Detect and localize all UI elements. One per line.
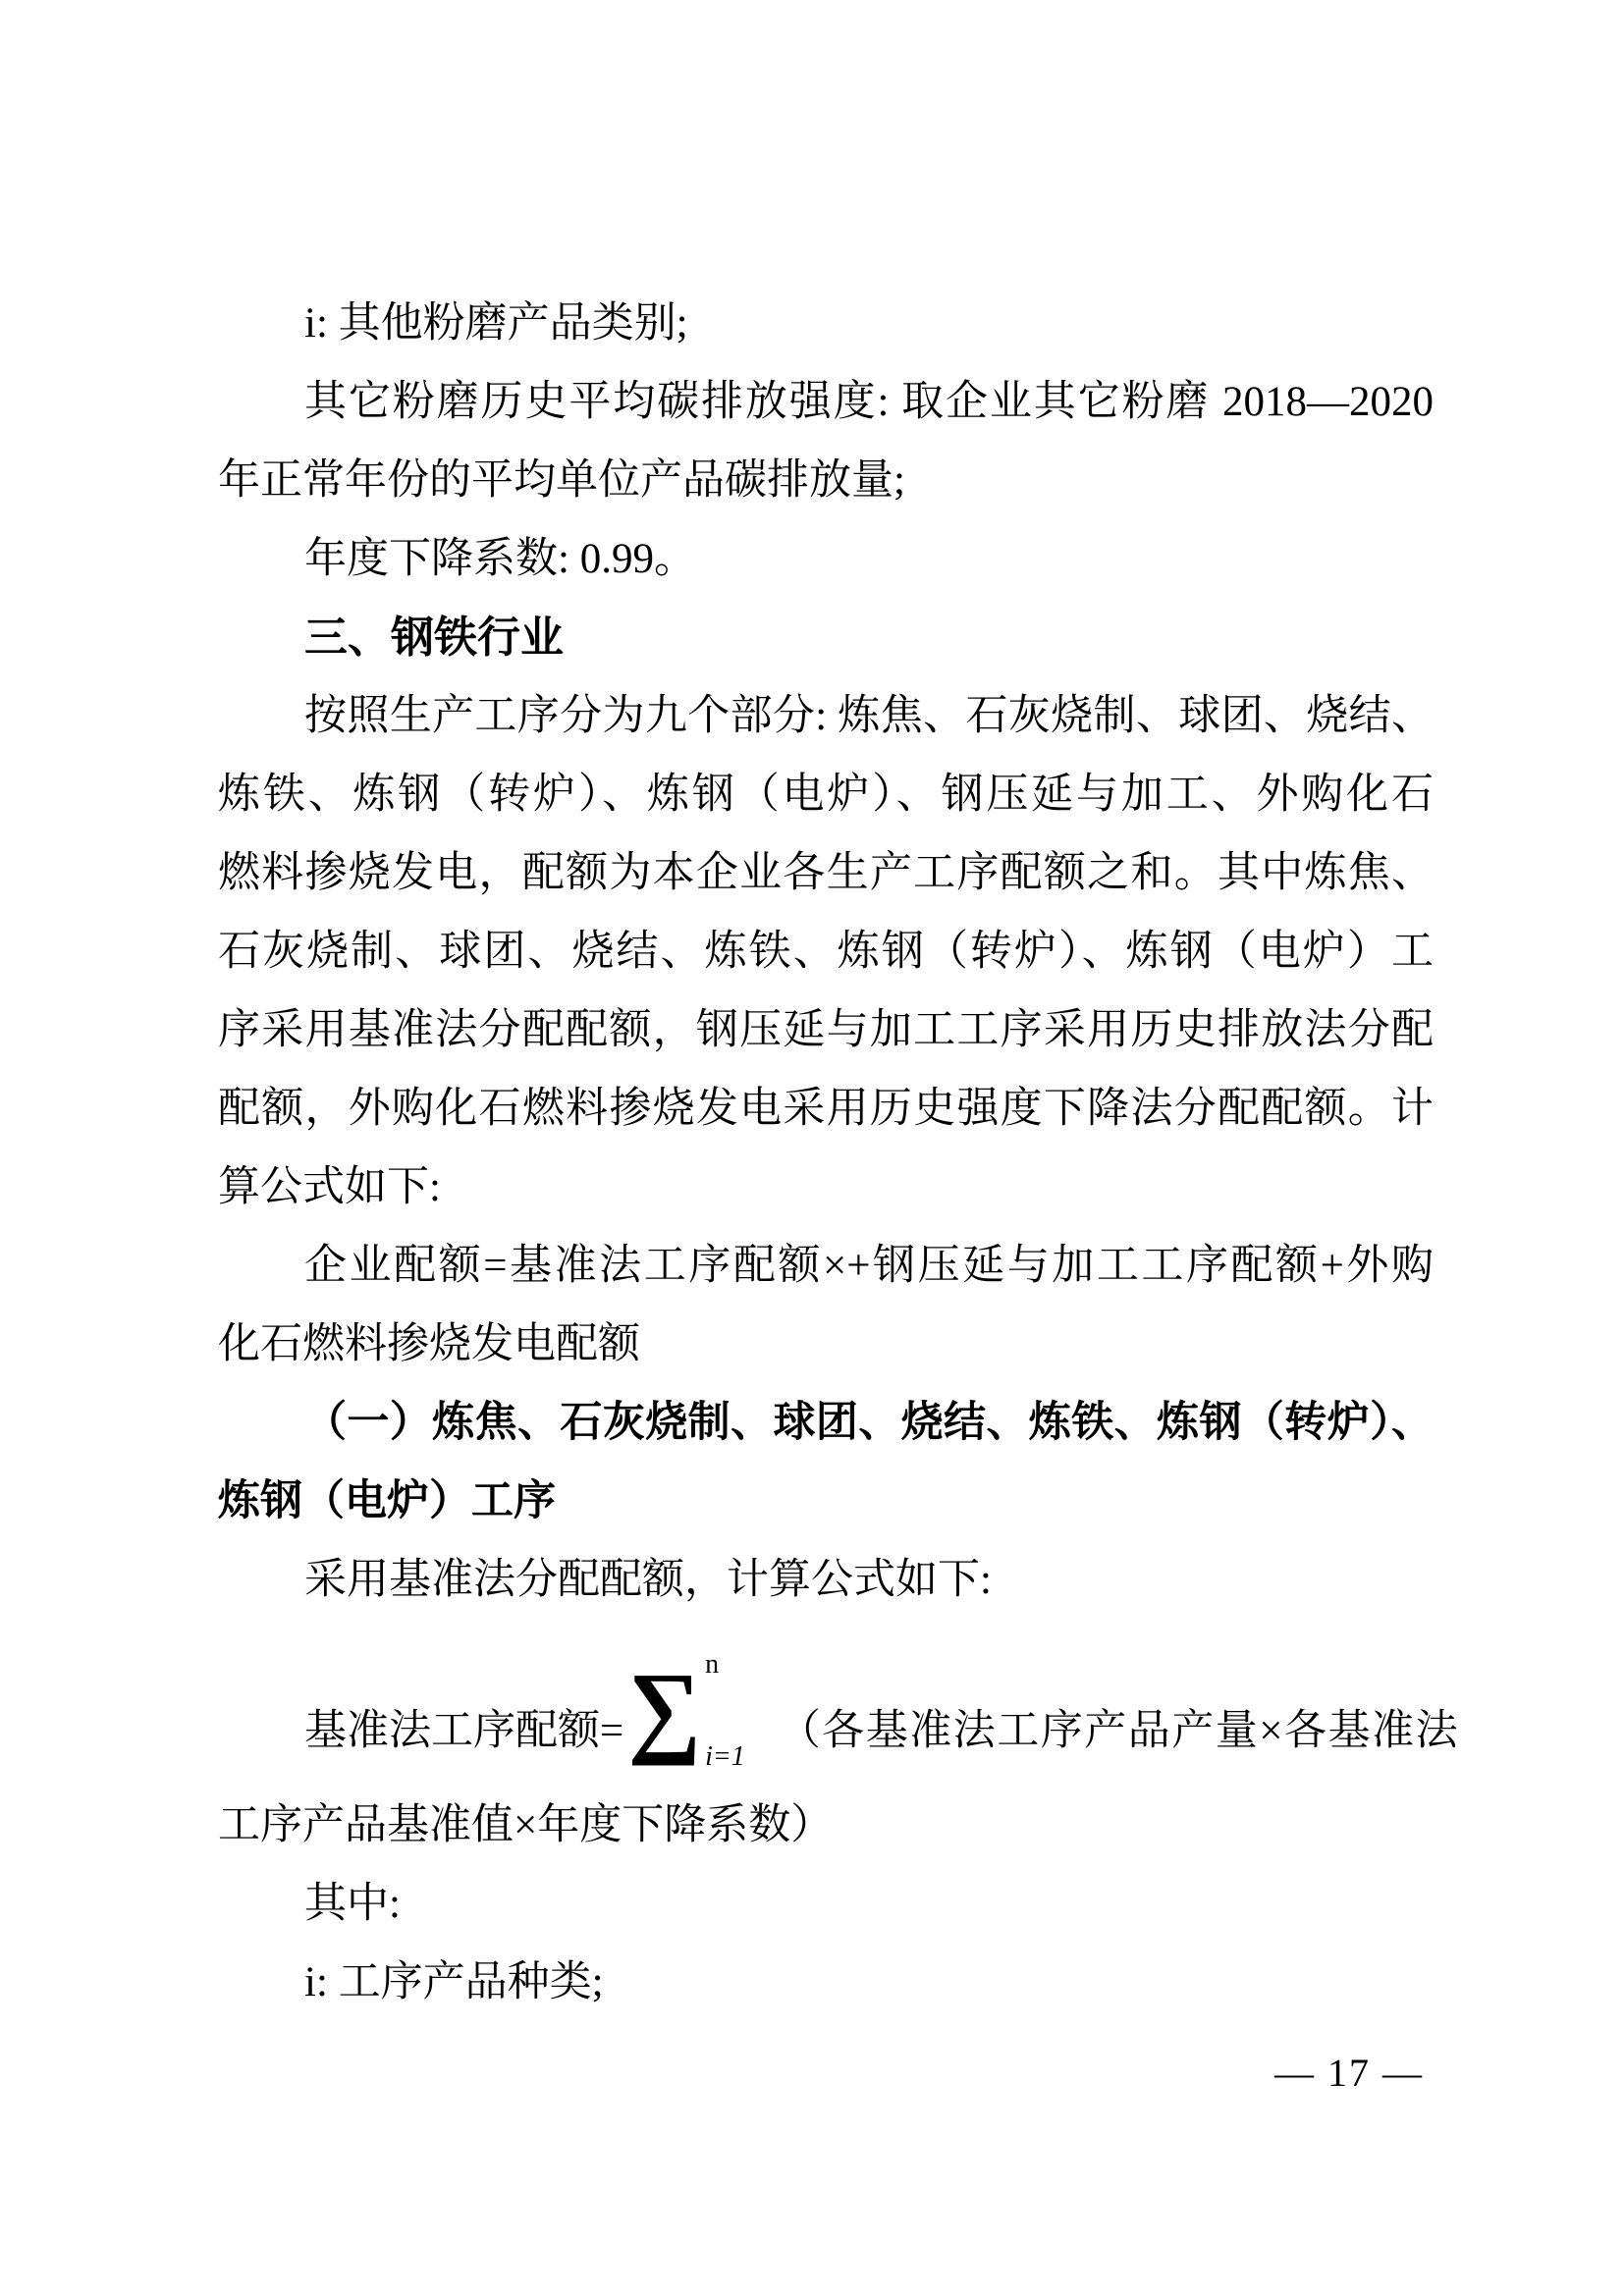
body-line: 年正常年份的平均单位产品碳排放量; xyxy=(218,442,1434,520)
body-line: 炼铁、炼钢（转炉）、炼钢（电炉）、钢压延与加工、外购化石 xyxy=(218,756,1434,834)
sigma-lower-limit: i=1 xyxy=(705,1743,745,1771)
body-line: 其它粉磨历史平均碳排放强度: 取企业其它粉磨 2018—2020 xyxy=(218,363,1434,442)
body-line: 算公式如下: xyxy=(218,1148,1434,1227)
body-line: 其中: xyxy=(218,1865,1434,1944)
body-line-enterprise-quota-formula: 企业配额=基准法工序配额×+钢压延与加工工序配额+外购 xyxy=(218,1227,1434,1306)
body-line: 燃料掺烧发电，配额为本企业各生产工序配额之和。其中炼焦、 xyxy=(218,834,1434,913)
formula-rhs: （各基准法工序产品产量×各基准法 xyxy=(779,1710,1459,1752)
sigma-symbol: ∑ xyxy=(627,1663,701,1756)
body-line: 石灰烧制、球团、烧结、炼铁、炼钢（转炉）、炼钢（电炉）工 xyxy=(218,913,1434,991)
body-line: 工序产品基准值×年度下降系数） xyxy=(218,1787,1434,1865)
subsection-heading-processes-cont: 炼钢（电炉）工序 xyxy=(218,1463,1434,1541)
body-line: 配额，外购化石燃料掺烧发电采用历史强度下降法分配配额。计 xyxy=(218,1070,1434,1148)
section-heading-steel-industry: 三、钢铁行业 xyxy=(218,599,1434,677)
sigma-limits: n i=1 xyxy=(705,1651,745,1771)
body-line: 按照生产工序分为九个部分: 炼焦、石灰烧制、球团、烧结、 xyxy=(218,677,1434,756)
page-body: i: 其他粉磨产品类别; 其它粉磨历史平均碳排放强度: 取企业其它粉磨 2018… xyxy=(218,285,1434,2022)
formula-lhs: 基准法工序配额= xyxy=(304,1710,623,1752)
formula-benchmark-process-quota: 基准法工序配额= ∑ n i=1 （各基准法工序产品产量×各基准法 xyxy=(218,1620,1434,1787)
body-line: 化石燃料掺烧发电配额 xyxy=(218,1306,1434,1384)
sigma-upper-limit: n xyxy=(705,1651,745,1679)
subsection-heading-processes: （一）炼焦、石灰烧制、球团、烧结、炼铁、炼钢（转炉）、 xyxy=(218,1384,1434,1463)
body-line: 序采用基准法分配配额，钢压延与加工工序采用历史排放法分配 xyxy=(218,991,1434,1070)
document-page: i: 其他粉磨产品类别; 其它粉磨历史平均碳排放强度: 取企业其它粉磨 2018… xyxy=(0,0,1624,2296)
body-line: i: 其他粉磨产品类别; xyxy=(218,285,1434,363)
body-line: 年度下降系数: 0.99。 xyxy=(218,520,1434,599)
page-number: — 17 — xyxy=(1274,2052,1424,2095)
body-line: i: 工序产品种类; xyxy=(218,1944,1434,2022)
body-line: 采用基准法分配配额，计算公式如下: xyxy=(218,1541,1434,1620)
